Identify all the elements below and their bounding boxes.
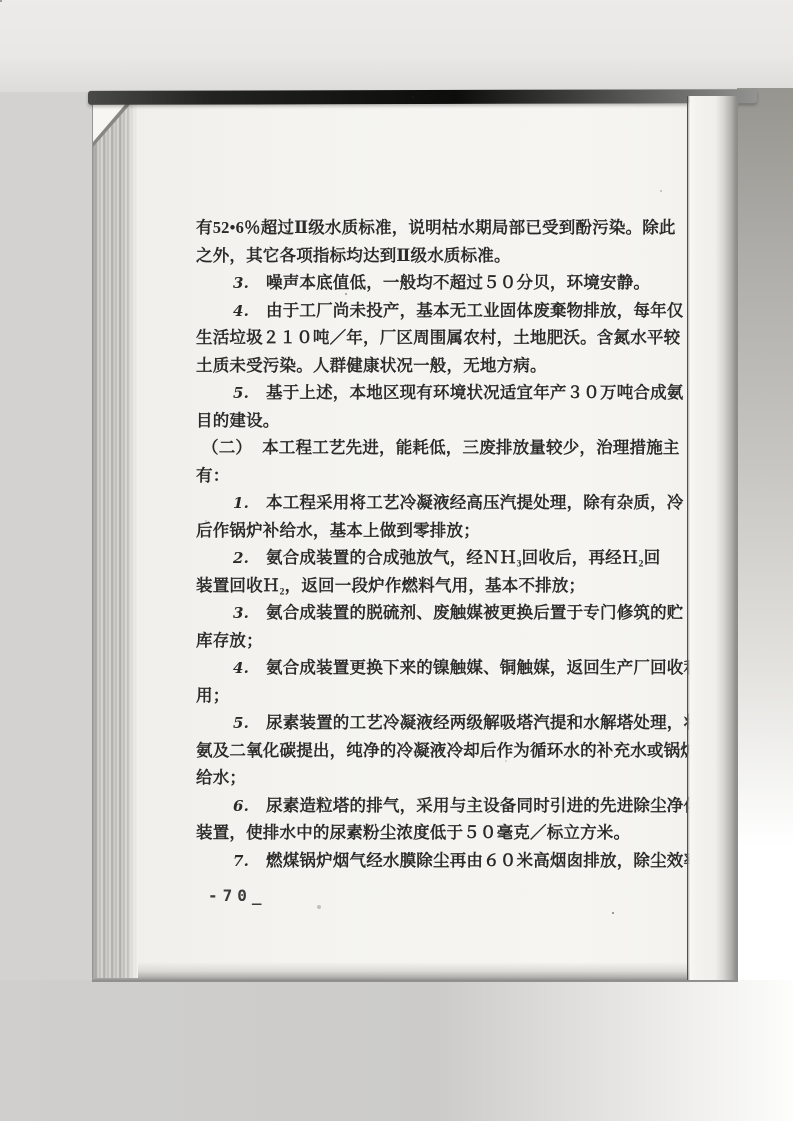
line-text: 库存放； <box>196 631 263 650</box>
list-numeral: 5. <box>233 710 266 738</box>
line-text: 氨及二氧化碳提出，纯净的冷凝液冷却后作为循环水的补充水或锅炉 <box>196 741 697 760</box>
scanned-document-photo: 有52•6％超过Ⅱ级水质标准，说明枯水期局部已受到酚污染。除此之外，其它各项指标… <box>0 0 793 1121</box>
text-line: 有52•6％超过Ⅱ级水质标准，说明枯水期局部已受到酚污染。除此 <box>196 214 716 242</box>
text-line: 有： <box>196 462 716 490</box>
line-text: 土质未受污染。人群健康状况一般，无地方病。 <box>196 356 547 375</box>
page-stack-edges <box>92 98 138 978</box>
list-numeral: 7. <box>233 848 266 876</box>
list-numeral: （二） <box>202 434 252 462</box>
text-line: 3.氨合成装置的脱硫剂、废触媒被更换后置于专门修筑的贮 <box>196 599 716 627</box>
text-line: 装置回收Ｈ₂，返回一段炉作燃料气用，基本不排放； <box>196 572 716 600</box>
text-line: 之外，其它各项指标均达到Ⅱ级水质标准。 <box>196 242 716 270</box>
text-line: 库存放； <box>196 627 716 655</box>
line-text: 由于工厂尚未投产，基本无工业固体废棄物排放，每年仅 <box>266 301 684 320</box>
text-line: 目的建设。 <box>196 407 716 435</box>
list-numeral: 4. <box>233 655 266 683</box>
list-numeral: 3. <box>233 270 266 298</box>
line-text: 之外，其它各项指标均达到Ⅱ级水质标准。 <box>196 246 511 265</box>
text-line: 2.氨合成装置的合成弛放气，经ＮＨ₃回收后，再经Ｈ₂回 <box>196 544 716 572</box>
text-line: 7.燃煤锅炉烟气经水膜除尘再由６０米高烟囱排放，除尘效率 <box>196 847 716 875</box>
line-text: 生活垃圾２１０吨／年，厂区周围属农村，土地肥沃。含氮水平较 <box>196 328 680 347</box>
line-text: 氨合成装置的合成弛放气，经ＮＨ₃回收后，再经Ｈ₂回 <box>266 548 660 567</box>
line-text: 有52•6％超过Ⅱ级水质标准，说明枯水期局部已受到酚污染。除此 <box>196 218 676 237</box>
line-text: 氨合成装置更换下来的镍触媒、铜触媒，返回生产厂回收利 <box>266 658 700 677</box>
line-text: 本工程工艺先进，能耗低，三废排放量较少，治理措施主 <box>262 438 680 457</box>
text-line: （二）本工程工艺先进，能耗低，三废排放量较少，治理措施主 <box>196 434 716 462</box>
list-numeral: 2. <box>233 545 266 573</box>
line-text: 给水； <box>196 768 246 787</box>
text-line: 4.氨合成装置更换下来的镍触媒、铜触媒，返回生产厂回收利 <box>196 654 716 682</box>
line-text: 燃煤锅炉烟气经水膜除尘再由６０米高烟囱排放，除尘效率 <box>266 851 700 870</box>
list-numeral: 3. <box>233 600 266 628</box>
scanner-background-top <box>0 0 793 92</box>
text-line: 4.由于工厂尚未投产，基本无工业固体废棄物排放，每年仅 <box>196 297 716 325</box>
text-line: 土质未受污染。人群健康状况一般，无地方病。 <box>196 352 716 380</box>
text-line: 生活垃圾２１０吨／年，厂区周围属农村，土地肥沃。含氮水平较 <box>196 324 716 352</box>
scan-specks <box>0 0 2 2</box>
text-line: 5.基于上述，本地区现有环境状况适宜年产３０万吨合成氨 <box>196 379 716 407</box>
line-text: 后作锅炉补给水，基本上做到零排放； <box>196 521 480 540</box>
list-numeral: 6. <box>233 793 266 821</box>
text-line: 5.尿素装置的工艺冷凝液经两级解吸塔汽提和水解塔处理，将 <box>196 709 716 737</box>
line-text: 装置，使排水中的尿素粉尘浓度低于５０毫克／标立方米。 <box>196 823 630 842</box>
list-numeral: 4. <box>233 298 266 326</box>
line-text: 用； <box>196 686 229 705</box>
page-top-shadow <box>88 89 757 105</box>
text-line: 1.本工程采用将工艺冷凝液经高压汽提处理，除有杂质，冷 <box>196 489 716 517</box>
line-text: 基于上述，本地区现有环境状况适宜年产３０万吨合成氨 <box>266 383 684 402</box>
line-text: 装置回收Ｈ₂，返回一段炉作燃料气用，基本不排放； <box>196 576 585 595</box>
page-gutter-curl <box>687 96 738 980</box>
line-text: 目的建设。 <box>196 411 280 430</box>
line-text: 尿素造粒塔的排气，采用与主设备同时引进的先进除尘净化 <box>266 796 700 815</box>
line-text: 尿素装置的工艺冷凝液经两级解吸塔汽提和水解塔处理，将 <box>266 713 700 732</box>
scanner-background-bottom <box>0 980 793 1121</box>
text-line: 3.噪声本底值低，一般均不超过５０分贝，环境安静。 <box>196 269 716 297</box>
list-numeral: 5. <box>233 380 266 408</box>
text-line: 装置，使排水中的尿素粉尘浓度低于５０毫克／标立方米。 <box>196 819 716 847</box>
list-numeral: 1. <box>233 490 266 518</box>
page-number: -70_ <box>208 886 267 905</box>
text-line: 后作锅炉补给水，基本上做到零排放； <box>196 517 716 545</box>
line-text: 氨合成装置的脱硫剂、废触媒被更换后置于专门修筑的贮 <box>266 603 684 622</box>
text-line: 氨及二氧化碳提出，纯净的冷凝液冷却后作为循环水的补充水或锅炉 <box>196 737 716 765</box>
text-line: 用； <box>196 682 716 710</box>
line-text: 本工程采用将工艺冷凝液经高压汽提处理，除有杂质，冷 <box>266 493 684 512</box>
text-line: 6.尿素造粒塔的排气，采用与主设备同时引进的先进除尘净化 <box>196 792 716 820</box>
scanner-background-right <box>737 88 793 1013</box>
text-line: 给水； <box>196 764 716 792</box>
line-text: 噪声本底值低，一般均不超过５０分贝，环境安静。 <box>266 273 650 292</box>
text-lines: 有52•6％超过Ⅱ级水质标准，说明枯水期局部已受到酚污染。除此之外，其它各项指标… <box>196 214 716 874</box>
line-text: 有： <box>196 466 229 485</box>
